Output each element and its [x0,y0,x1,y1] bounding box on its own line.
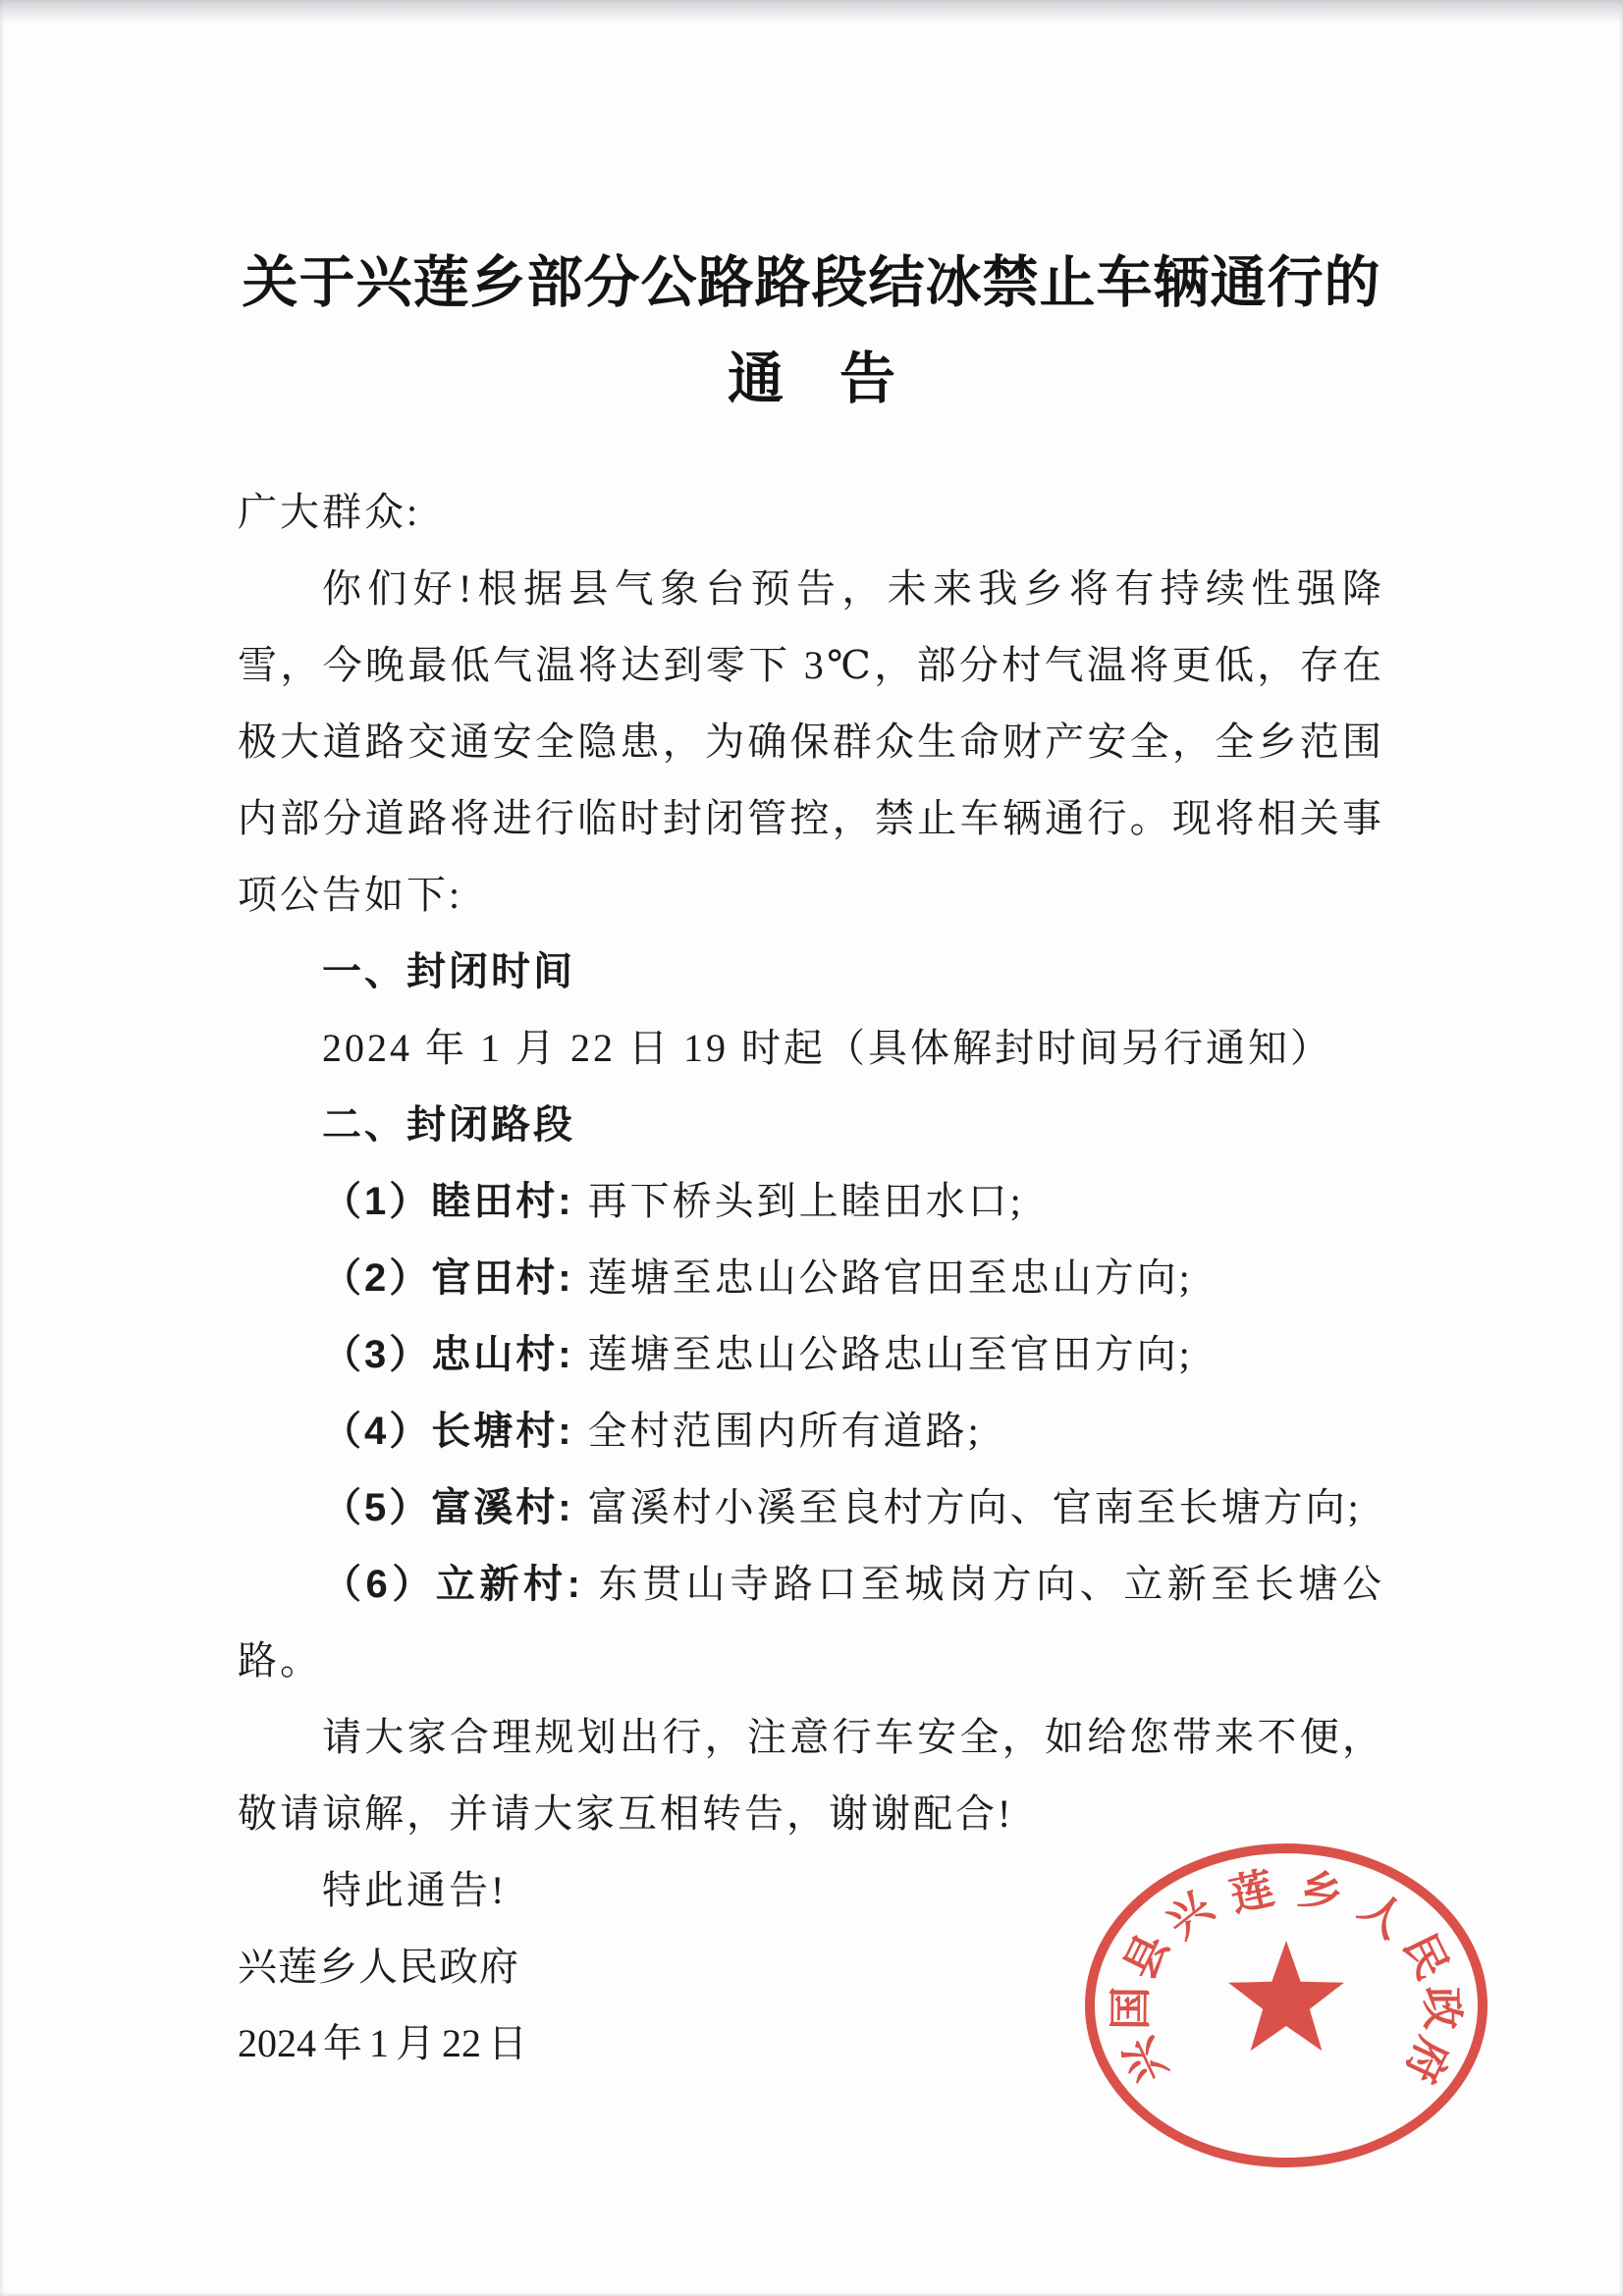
section-one-heading: 一、封闭时间 [238,934,1384,1010]
svg-text:府: 府 [1396,2030,1458,2090]
final-note: 特此通告! [238,1852,1384,1929]
issue-date: 2024 年 1 月 22 日 [238,2005,1384,2082]
road-item: （4）长塘村:全村范围内所有道路; [238,1393,1384,1469]
closure-time-text: 2024 年 1 月 22 日 19 时起（具体解封时间另行通知） [238,1010,1384,1087]
road-item-text: 莲塘至忠山公路官田至忠山方向; [588,1255,1193,1300]
salutation: 广大群众: [238,474,1384,551]
road-item: （6）立新村:东贯山寺路口至城岗方向、立新至长塘公路。 [238,1546,1384,1699]
section-two-heading: 二、封闭路段 [238,1087,1384,1163]
road-item-text: 再下桥头到上睦田水口; [588,1179,1024,1223]
road-item: （3）忠山村:莲塘至忠山公路忠山至官田方向; [238,1316,1384,1393]
road-item-label: （2）官田村: [322,1256,574,1300]
issuer-signature: 兴莲乡人民政府 [238,1929,1384,2005]
road-item-label: （4）长塘村: [322,1410,574,1453]
svg-text:民: 民 [1394,1927,1456,1987]
intro-paragraph: 你们好!根据县气象台预告，未来我乡将有持续性强降雪，今晚最低气温将达到零下 3℃… [238,551,1384,934]
notice-page: 关于兴莲乡部分公路路段结冰禁止车辆通行的 通 告 广大群众: 你们好!根据县气象… [0,0,1623,2296]
road-item: （2）官田村:莲塘至忠山公路官田至忠山方向; [238,1240,1384,1316]
notice-title: 关于兴莲乡部分公路路段结冰禁止车辆通行的 [0,238,1623,318]
road-item-text: 全村范围内所有道路; [588,1409,982,1453]
road-item: （1）睦田村:再下桥头到上睦田水口; [238,1163,1384,1240]
notice-subtitle: 通 告 [0,334,1623,414]
scan-edge-shadow [0,0,1623,24]
svg-text:政: 政 [1417,1987,1465,2030]
notice-body: 广大群众: 你们好!根据县气象台预告，未来我乡将有持续性强降雪，今晚最低气温将达… [238,474,1384,2082]
road-item-label: （5）富溪村: [322,1486,574,1529]
road-item-label: （1）睦田村: [322,1180,574,1223]
road-item-label: （6）立新村: [322,1563,583,1606]
road-item-label: （3）忠山村: [322,1333,574,1376]
road-item: （5）富溪村:富溪村小溪至良村方向、官南至长塘方向; [238,1469,1384,1546]
road-item-text: 富溪村小溪至良村方向、官南至长塘方向; [588,1485,1362,1529]
closing-paragraph: 请大家合理规划出行，注意行车安全，如给您带来不便，敬请谅解，并请大家互相转告，谢… [238,1699,1384,1852]
road-item-text: 莲塘至忠山公路忠山至官田方向; [588,1332,1193,1376]
